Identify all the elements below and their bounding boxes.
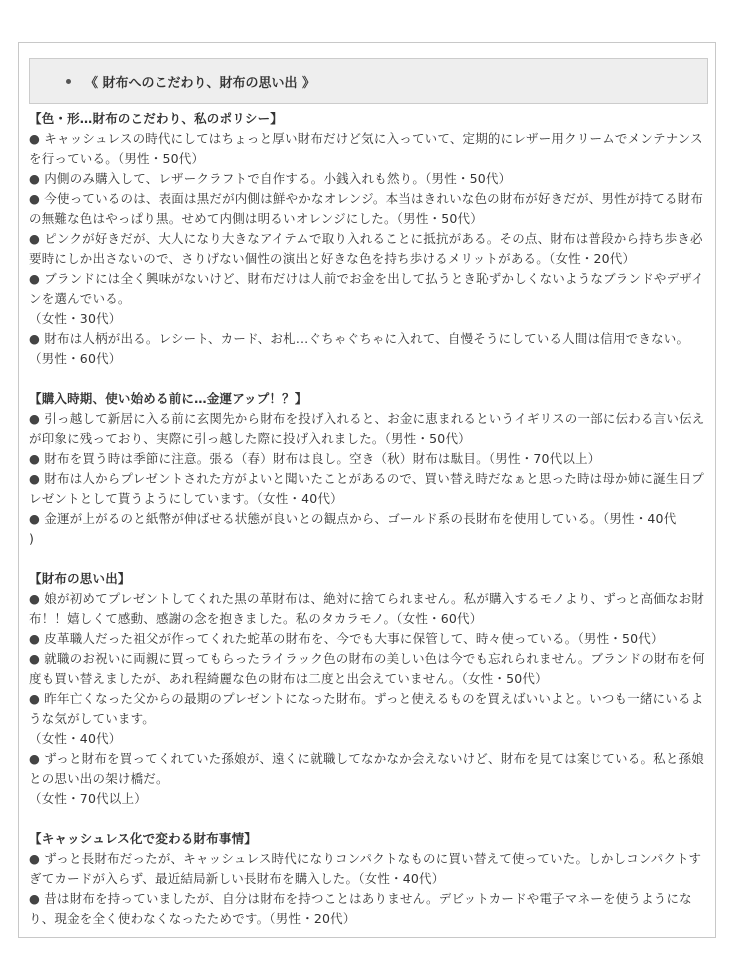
comment-entry: ● ずっと財布を買ってくれていた孫娘が、遠くに就職してなかなか会えないけど、財布… [29, 749, 709, 789]
comment-entry: ● 昔は財布を持っていましたが、自分は財布を持つことはありません。デビットカード… [29, 889, 709, 929]
comment-attribution: （女性・70代以上） [29, 789, 709, 809]
comment-entry: ● 財布は人柄が出る。レシート、カード、お札…ぐちゃぐちゃに入れて、自慢そうにし… [29, 329, 709, 349]
comment-entry: ● 財布を買う時は季節に注意。張る（春）財布は良し。空き（秋）財布は駄目。（男性… [29, 449, 709, 469]
bullet-icon: ● [29, 591, 40, 606]
comment-attribution: （女性・40代） [29, 729, 709, 749]
bullet-icon: ● [29, 451, 40, 466]
comment-entry: ● ブランドには全く興味がないけど、財布だけは人前でお金を出して払うとき恥ずかし… [29, 269, 709, 309]
header-list-item: 《 財布へのこだわり、財布の思い出 》 [66, 72, 315, 91]
bullet-icon: ● [29, 191, 40, 206]
section-title: 【キャッシュレス化で変わる財布事情】 [29, 829, 709, 849]
comment-entry: ● 皮革職人だった祖父が作ってくれた蛇革の財布を、今でも大事に保管して、時々使っ… [29, 629, 709, 649]
bullet-icon: ● [29, 631, 40, 646]
comment-entry: ● 昨年亡くなった父からの最期のプレゼントになった財布。ずっと使えるものを買えば… [29, 689, 709, 729]
comment-entry: ● 金運が上がるのと紙幣が伸ばせる状態が良いとの観点から、ゴールド系の長財布を使… [29, 509, 709, 529]
bullet-icon: ● [29, 411, 40, 426]
content-body: 【色・形…財布のこだわり、私のポリシー】 ● キャッシュレスの時代にしてはちょっ… [29, 109, 709, 929]
bullet-icon: ● [29, 471, 40, 486]
section-spacer [29, 809, 709, 829]
bullet-icon: ● [29, 511, 40, 526]
header-list: 《 財布へのこだわり、財布の思い出 》 [30, 72, 315, 91]
comment-entry: ● 今使っているのは、表面は黒だが内側は鮮やかなオレンジ。本当はきれいな色の財布… [29, 189, 709, 229]
bullet-icon: ● [29, 331, 40, 346]
comment-attribution: （男性・60代） [29, 349, 709, 369]
bullet-icon: ● [29, 271, 40, 286]
bullet-icon: ● [29, 691, 40, 706]
bullet-dot-icon [66, 79, 71, 84]
section-spacer [29, 369, 709, 389]
bullet-icon: ● [29, 751, 40, 766]
comment-attribution: ) [29, 529, 709, 549]
bullet-icon: ● [29, 651, 40, 666]
comment-entry: ● ずっと長財布だったが、キャッシュレス時代になりコンパクトなものに買い替えて使… [29, 849, 709, 889]
comment-entry: ● 引っ越して新居に入る前に玄関先から財布を投げ入れると、お金に恵まれるというイ… [29, 409, 709, 449]
section-title: 【購入時期、使い始める前に…金運アップ！？】 [29, 389, 709, 409]
bullet-icon: ● [29, 891, 40, 906]
comment-attribution: （女性・30代） [29, 309, 709, 329]
bullet-icon: ● [29, 231, 40, 246]
comment-entry: ● ピンクが好きだが、大人になり大きなアイテムで取り入れることに抵抗がある。その… [29, 229, 709, 269]
section-title: 【色・形…財布のこだわり、私のポリシー】 [29, 109, 709, 129]
section-title: 【財布の思い出】 [29, 569, 709, 589]
bullet-icon: ● [29, 851, 40, 866]
wallet-survey-box: 《 財布へのこだわり、財布の思い出 》 【色・形…財布のこだわり、私のポリシー】… [18, 42, 716, 938]
comment-entry: ● 財布は人からプレゼントされた方がよいと聞いたことがあるので、買い替え時だなぁ… [29, 469, 709, 509]
section-header-box: 《 財布へのこだわり、財布の思い出 》 [29, 58, 708, 104]
section-spacer [29, 549, 709, 569]
comment-entry: ● キャッシュレスの時代にしてはちょっと厚い財布だけど気に入っていて、定期的にレ… [29, 129, 709, 169]
comment-entry: ● 内側のみ購入して、レザークラフトで自作する。小銭入れも然り。（男性・50代） [29, 169, 709, 189]
header-title: 《 財布へのこだわり、財布の思い出 》 [85, 72, 315, 91]
bullet-icon: ● [29, 171, 40, 186]
bullet-icon: ● [29, 131, 40, 146]
comment-entry: ● 娘が初めてプレゼントしてくれた黒の革財布は、絶対に捨てられません。私が購入す… [29, 589, 709, 629]
comment-entry: ● 就職のお祝いに両親に買ってもらったライラック色の財布の美しい色は今でも忘れら… [29, 649, 709, 689]
